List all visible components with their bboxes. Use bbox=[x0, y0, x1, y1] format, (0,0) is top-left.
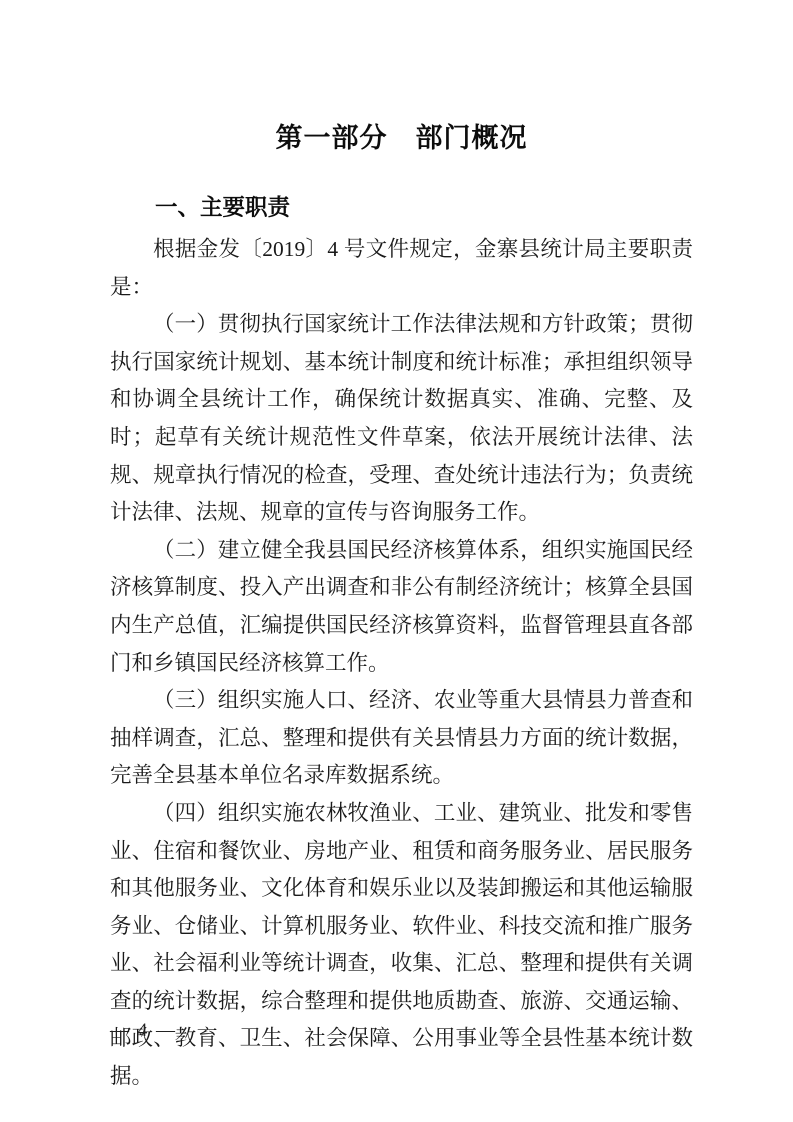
section-body: 根据金发〔2019〕4 号文件规定，金寨县统计局主要职责是：（一）贯彻执行国家统… bbox=[110, 231, 693, 1096]
section-main-duties: 一、主要职责 根据金发〔2019〕4 号文件规定，金寨县统计局主要职责是：（一）… bbox=[110, 193, 693, 1096]
document-content: 第一部分 部门概况 一、主要职责 根据金发〔2019〕4 号文件规定，金寨县统计… bbox=[110, 118, 693, 1096]
document-page: 第一部分 部门概况 一、主要职责 根据金发〔2019〕4 号文件规定，金寨县统计… bbox=[0, 0, 793, 1122]
paragraph: （二）建立健全我县国民经济核算体系，组织实施国民经济核算制度、投入产出调查和非公… bbox=[110, 532, 693, 682]
section-heading: 一、主要职责 bbox=[155, 193, 693, 223]
paragraph: （四）组织实施农林牧渔业、工业、建筑业、批发和零售业、住宿和餐饮业、房地产业、租… bbox=[110, 795, 693, 1096]
document-title: 第一部分 部门概况 bbox=[110, 118, 693, 158]
paragraph: 根据金发〔2019〕4 号文件规定，金寨县统计局主要职责是： bbox=[110, 231, 693, 306]
paragraph: （三）组织实施人口、经济、农业等重大县情县力普查和抽样调查，汇总、整理和提供有关… bbox=[110, 682, 693, 795]
paragraph: （一）贯彻执行国家统计工作法律法规和方针政策；贯彻执行国家统计规划、基本统计制度… bbox=[110, 306, 693, 532]
page-number: — 4 — bbox=[110, 1018, 177, 1044]
